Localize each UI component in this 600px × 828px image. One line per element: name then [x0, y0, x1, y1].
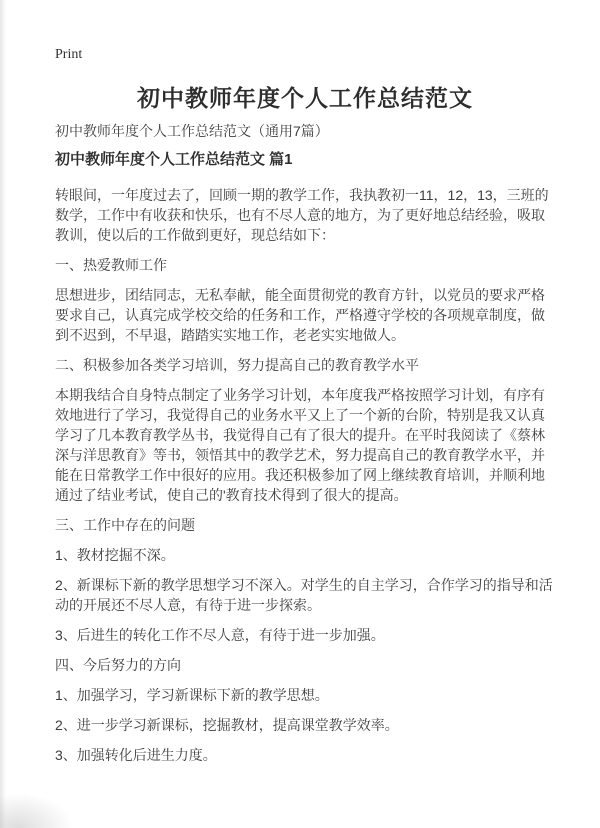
section-heading: 四、今后努力的方向 [55, 655, 555, 675]
document-content: Print 初中教师年度个人工作总结范文 初中教师年度个人工作总结范文（通用7篇… [0, 0, 600, 765]
list-item: 2、新课标下新的教学思想学习不深入。对学生的自主学习，合作学习的指导和活动的开展… [55, 575, 555, 615]
paragraph: 思想进步，团结同志，无私奉献，能全面贯彻党的教育方针，以党员的要求严格要求自己，… [55, 285, 555, 345]
part-heading: 初中教师年度个人工作总结范文 篇1 [55, 150, 555, 170]
print-button[interactable]: Print [55, 47, 82, 63]
list-item: 2、进一步学习新课标，挖掘教材，提高课堂教学效率。 [55, 715, 555, 735]
section-heading: 一、热爱教师工作 [55, 255, 555, 275]
section-heading: 三、工作中存在的问题 [55, 515, 555, 535]
corner-smudge [0, 794, 72, 828]
section-heading: 二、积极参加各类学习培训，努力提高自己的教育教学水平 [55, 355, 555, 375]
list-item: 1、加强学习，学习新课标下新的教学思想。 [55, 685, 555, 705]
document-subtitle: 初中教师年度个人工作总结范文（通用7篇） [55, 121, 555, 141]
document-page: Print 初中教师年度个人工作总结范文 初中教师年度个人工作总结范文（通用7篇… [0, 0, 600, 828]
paragraph: 转眼间，一年度过去了，回顾一期的教学工作，我执教初一11，12，13，三班的数学… [55, 185, 555, 245]
list-item: 3、后进生的转化工作不尽人意，有待于进一步加强。 [55, 625, 555, 645]
list-item: 1、教材挖掘不深。 [55, 545, 555, 565]
paragraph: 本期我结合自身特点制定了业务学习计划，本年度我严格按照学习计划，有序有效地进行了… [55, 385, 555, 505]
list-item: 3、加强转化后进生力度。 [55, 745, 555, 765]
document-title: 初中教师年度个人工作总结范文 [55, 83, 555, 113]
